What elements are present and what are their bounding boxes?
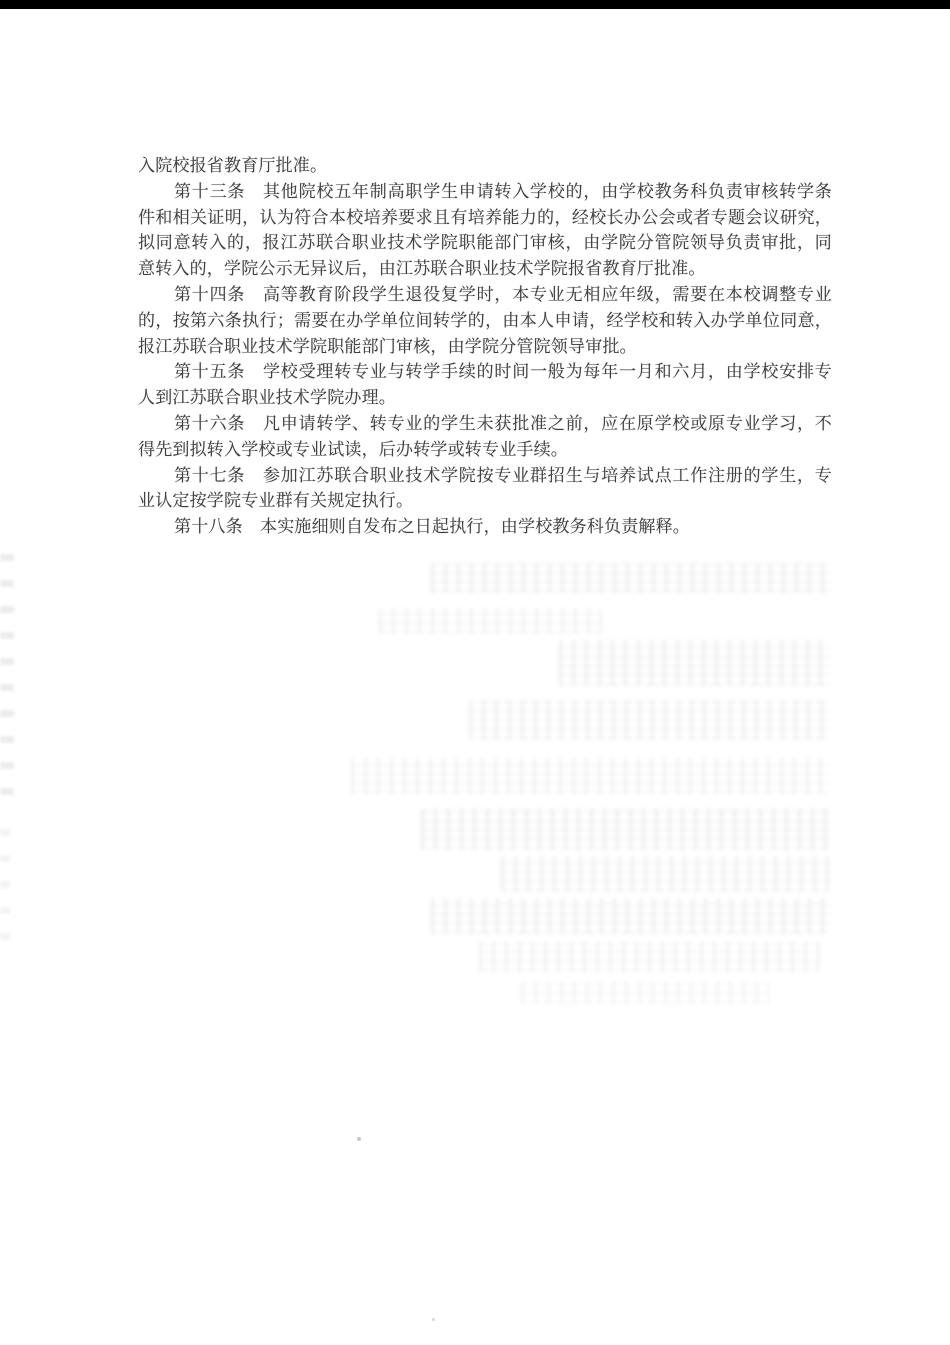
page-edge-smudge bbox=[0, 820, 10, 940]
document-line: 第十三条 其他院校五年制高职学生申请转入学校的，由学校教务科负责审核转学条 bbox=[138, 179, 832, 205]
document-line: 第十七条 参加江苏联合职业技术学院按专业群招生与培养试点工作注册的学生，专 bbox=[138, 463, 832, 489]
document-line: 拟同意转入的，报江苏联合职业技术学院职能部门审核，由学院分管院领导负责审批，同 bbox=[138, 230, 832, 256]
document-line: 得先到拟转入学校或专业试读，后办转学或转专业手续。 bbox=[138, 437, 832, 463]
page-edge-smudge bbox=[0, 545, 14, 795]
document-line: 的，按第六条执行；需要在办学单位间转学的，由本人申请，经学校和转入办学单位同意， bbox=[138, 308, 832, 334]
scan-speck bbox=[432, 1318, 435, 1321]
scanner-edge-bar bbox=[0, 0, 950, 9]
scanned-document-page: 入院校报省教育厅批准。第十三条 其他院校五年制高职学生申请转入学校的，由学校教务… bbox=[0, 0, 950, 1345]
document-line: 第十八条 本实施细则自发布之日起执行，由学校教务科负责解释。 bbox=[138, 514, 832, 540]
scan-speck bbox=[357, 1137, 361, 1141]
document-line: 业认定按学院专业群有关规定执行。 bbox=[138, 488, 832, 514]
document-line: 件和相关证明，认为符合本校培养要求且有培养能力的，经校长办公会或者专题会议研究， bbox=[138, 205, 832, 231]
document-text-block: 入院校报省教育厅批准。第十三条 其他院校五年制高职学生申请转入学校的，由学校教务… bbox=[138, 153, 832, 540]
document-line: 意转入的，学院公示无异议后，由江苏联合职业技术学院报省教育厅批准。 bbox=[138, 256, 832, 282]
document-line: 第十六条 凡申请转学、转专业的学生未获批准之前，应在原学校或原专业学习，不 bbox=[138, 411, 832, 437]
document-line: 报江苏联合职业技术学院职能部门审核，由学院分管院领导审批。 bbox=[138, 334, 832, 360]
document-line: 入院校报省教育厅批准。 bbox=[138, 153, 832, 179]
document-line: 第十五条 学校受理转专业与转学手续的时间一般为每年一月和六月，由学校安排专 bbox=[138, 359, 832, 385]
document-line: 人到江苏联合职业技术学院办理。 bbox=[138, 385, 832, 411]
document-line: 第十四条 高等教育阶段学生退役复学时，本专业无相应年级，需要在本校调整专业 bbox=[138, 282, 832, 308]
